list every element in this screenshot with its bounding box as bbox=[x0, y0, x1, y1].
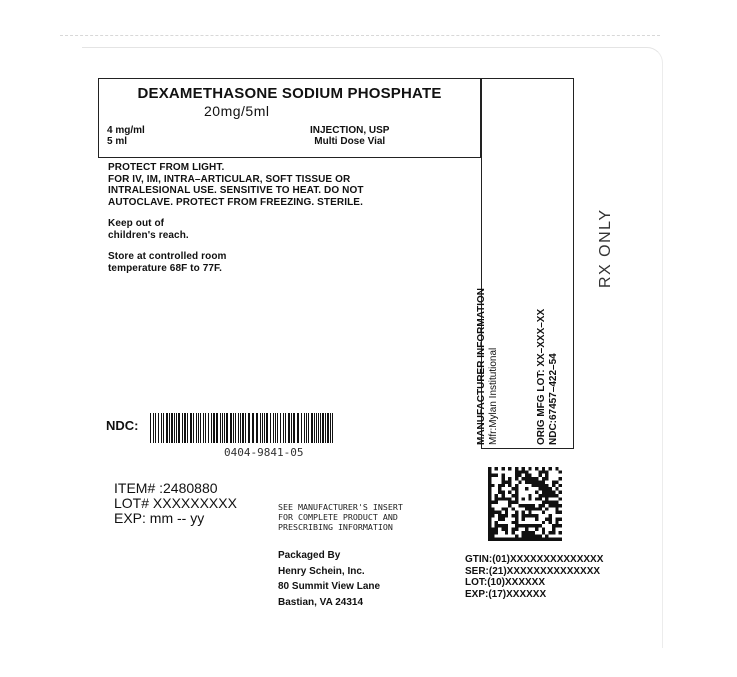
manufacturer-info: MANUFACTURER INFORMATION Mfr:Mylan Insti… bbox=[476, 288, 500, 445]
insert-note: SEE MANUFACTURER'S INSERT FOR COMPLETE P… bbox=[278, 502, 403, 532]
storage-line: temperature 68F to 77F. bbox=[108, 263, 364, 275]
product-strength: 20mg/5ml bbox=[204, 103, 269, 119]
dosage-form-block: INJECTION, USP Multi Dose Vial bbox=[310, 125, 389, 147]
storage-line: Store at controlled room bbox=[108, 251, 364, 263]
item-number: ITEM# :2480880 bbox=[114, 481, 237, 496]
ndc-label: NDC: bbox=[106, 418, 139, 433]
gs1-info: GTIN:(01)XXXXXXXXXXXXXX SER:(21)XXXXXXXX… bbox=[465, 554, 603, 600]
warning-line: PROTECT FROM LIGHT. bbox=[108, 162, 364, 174]
manufacturer-name: Mfr:Mylan Institutional bbox=[488, 288, 500, 445]
concentration-block: 4 mg/ml 5 ml bbox=[107, 125, 145, 147]
container-type: Multi Dose Vial bbox=[310, 136, 389, 147]
manufacturer-heading: MANUFACTURER INFORMATION bbox=[476, 288, 488, 445]
insert-line: SEE MANUFACTURER'S INSERT bbox=[278, 502, 403, 512]
packager-line: Bastian, VA 24314 bbox=[278, 595, 380, 611]
datamatrix-code bbox=[488, 467, 562, 541]
children-line: children's reach. bbox=[108, 230, 364, 242]
ndc-barcode-number: 0404-9841-05 bbox=[224, 446, 303, 459]
warning-line: FOR IV, IM, INTRA–ARTICULAR, SOFT TISSUE… bbox=[108, 174, 364, 186]
orig-lot: ORIG MFG LOT: XX–XXX–XX bbox=[536, 309, 548, 445]
packager-info: Packaged By Henry Schein, Inc. 80 Summit… bbox=[278, 548, 380, 610]
warning-line: AUTOCLAVE. PROTECT FROM FREEZING. STERIL… bbox=[108, 197, 364, 209]
dosage-form: INJECTION, USP bbox=[310, 125, 389, 136]
warning-line: INTRALESIONAL USE. SENSITIVE TO HEAT. DO… bbox=[108, 185, 364, 197]
volume: 5 ml bbox=[107, 136, 145, 147]
packager-line: Henry Schein, Inc. bbox=[278, 564, 380, 580]
children-line: Keep out of bbox=[108, 218, 364, 230]
lot-number: LOT# XXXXXXXXX bbox=[114, 496, 237, 511]
product-name: DEXAMETHASONE SODIUM PHOSPHATE bbox=[99, 85, 480, 102]
gs1-lot: LOT:(10)XXXXXX bbox=[465, 577, 603, 589]
ndc-barcode bbox=[150, 413, 336, 443]
serial: SER:(21)XXXXXXXXXXXXXX bbox=[465, 566, 603, 578]
warnings: PROTECT FROM LIGHT. FOR IV, IM, INTRA–AR… bbox=[108, 162, 364, 274]
gtin: GTIN:(01)XXXXXXXXXXXXXX bbox=[465, 554, 603, 566]
expiration: EXP: mm -- yy bbox=[114, 511, 237, 526]
insert-line: PRESCRIBING INFORMATION bbox=[278, 522, 403, 532]
packager-line: Packaged By bbox=[278, 548, 380, 564]
orig-mfg-info: ORIG MFG LOT: XX–XXX–XX NDC:67457–422–54 bbox=[536, 309, 560, 445]
item-block: ITEM# :2480880 LOT# XXXXXXXXX EXP: mm --… bbox=[114, 481, 237, 526]
storage-instructions: Store at controlled room temperature 68F… bbox=[108, 251, 364, 274]
gs1-exp: EXP:(17)XXXXXX bbox=[465, 589, 603, 601]
insert-line: FOR COMPLETE PRODUCT AND bbox=[278, 512, 403, 522]
packager-line: 80 Summit View Lane bbox=[278, 579, 380, 595]
orig-ndc: NDC:67457–422–54 bbox=[548, 309, 560, 445]
product-header-box: DEXAMETHASONE SODIUM PHOSPHATE 20mg/5ml … bbox=[98, 78, 481, 158]
scan-edge-line bbox=[60, 35, 660, 36]
concentration: 4 mg/ml bbox=[107, 125, 145, 136]
rx-only: RX ONLY bbox=[597, 208, 615, 288]
children-warning: Keep out of children's reach. bbox=[108, 218, 364, 241]
